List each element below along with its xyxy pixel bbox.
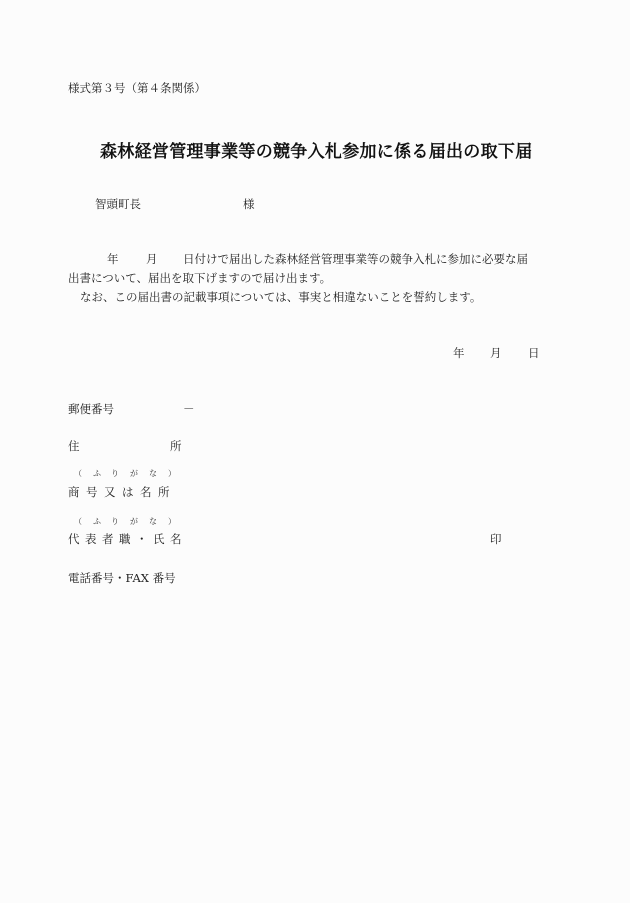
furigana-char: ） (168, 468, 176, 479)
furigana-char: な (149, 468, 157, 479)
furigana-char: ふ (93, 468, 101, 479)
body-month: 月 (146, 250, 158, 270)
body-line-1: 日付けで届出した森林経営管理事業等の競争入札に参加に必要な届 (183, 250, 528, 270)
furigana-char: り (111, 516, 119, 527)
address-label-1: 住 (68, 438, 80, 454)
date-year: 年 (453, 345, 465, 361)
label-char: 号 (86, 484, 98, 500)
label-char: 表 (85, 531, 97, 547)
furigana-char: （ (74, 516, 82, 527)
furigana-char: が (130, 516, 138, 527)
label-char: 商 (68, 484, 80, 500)
label-char: 職 (119, 531, 131, 547)
body-year: 年 (107, 250, 119, 270)
label-char: 名 (140, 484, 152, 500)
furigana-char: ） (168, 516, 176, 527)
postal-code-separator: － (183, 401, 195, 417)
furigana-char: が (130, 468, 138, 479)
body-line-2: 出書について、届出を取下げますので届け出ます。 (68, 269, 331, 289)
postal-code-label: 郵便番号 (68, 401, 114, 417)
addressee-name: 智頭町長 (95, 196, 141, 212)
furigana-char: ふ (93, 516, 101, 527)
label-char: 氏 (153, 531, 165, 547)
label-char: ・ (136, 531, 148, 547)
label-char: 代 (68, 531, 80, 547)
label-char: 名 (170, 531, 182, 547)
label-char: 又 (104, 484, 116, 500)
body-line-3: なお、この届出書の記載事項については、事実と相違ないことを誓約します。 (80, 288, 481, 308)
label-char: 者 (102, 531, 114, 547)
address-label-2: 所 (170, 438, 182, 454)
phone-fax-label: 電話番号・FAX 番号 (68, 570, 176, 586)
seal-mark: 印 (490, 531, 502, 547)
form-number: 様式第３号（第４条関係） (68, 80, 206, 96)
date-day: 日 (528, 345, 540, 361)
furigana-char: り (111, 468, 119, 479)
furigana-char: な (149, 516, 157, 527)
document-title: 森林経営管理事業等の競争入札参加に係る届出の取下届 (100, 137, 533, 162)
date-month: 月 (490, 345, 502, 361)
label-char: 所 (158, 484, 170, 500)
label-char: は (122, 484, 134, 500)
furigana-char: （ (74, 468, 82, 479)
addressee-honorific: 様 (243, 196, 255, 212)
